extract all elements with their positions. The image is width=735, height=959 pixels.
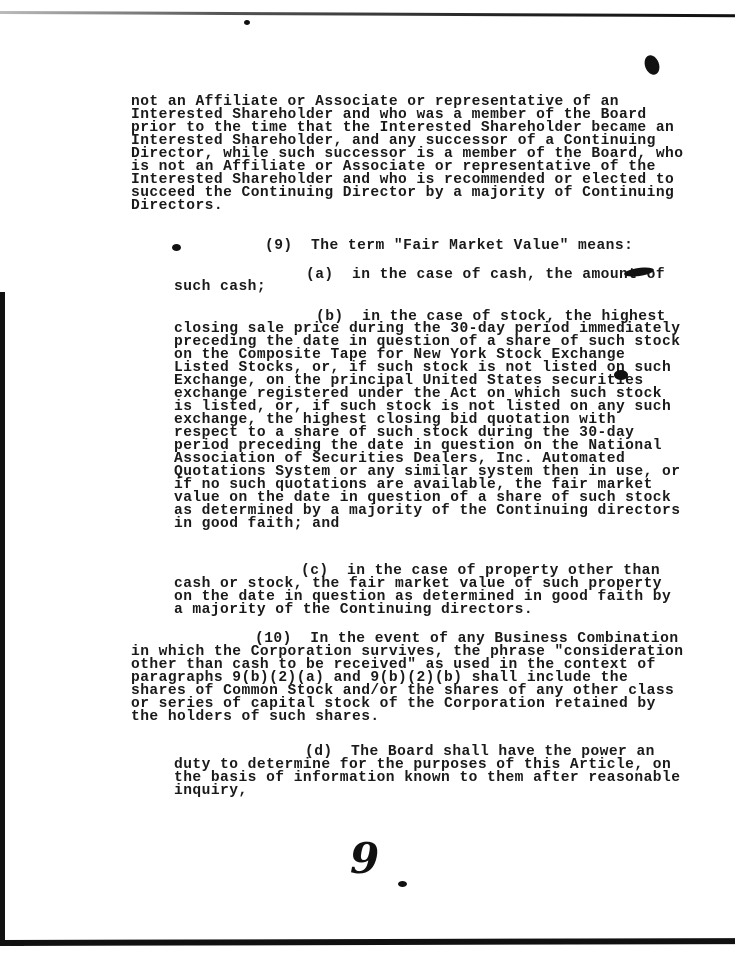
ink-blot xyxy=(614,370,628,380)
scan-bottom-edge xyxy=(0,938,735,946)
text-line: a majority of the Continuing directors. xyxy=(174,604,533,617)
text-line: inquiry, xyxy=(174,785,248,798)
ink-blot xyxy=(172,244,181,251)
ink-blot xyxy=(244,20,250,25)
scanned-document-page: not an Affiliate or Associate or represe… xyxy=(0,0,735,959)
scan-left-edge xyxy=(0,292,5,944)
text-line: such cash; xyxy=(174,281,266,294)
ink-blot xyxy=(642,53,662,77)
handwritten-page-number: 9 xyxy=(350,838,379,880)
ink-blot xyxy=(10,940,24,946)
text-line: (a) in the case of cash, the amount of xyxy=(306,269,665,282)
text-line: in good faith; and xyxy=(174,518,340,531)
ink-blot xyxy=(398,881,407,887)
text-line: Directors. xyxy=(131,200,223,213)
section-9-heading: (9) The term "Fair Market Value" means: xyxy=(265,240,633,253)
text-line: the basis of information known to them a… xyxy=(174,772,680,785)
scan-top-edge xyxy=(0,11,735,17)
text-line: the holders of such shares. xyxy=(131,711,380,724)
